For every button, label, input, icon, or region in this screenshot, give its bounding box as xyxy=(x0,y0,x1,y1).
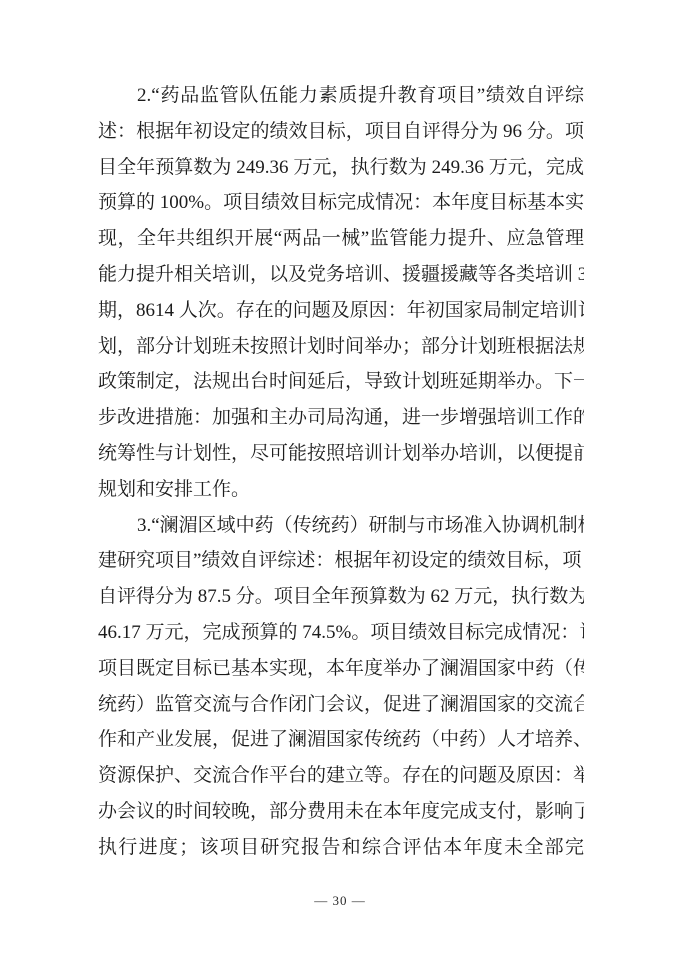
page-number: — 30 — xyxy=(0,893,680,909)
text-line: 统筹性与计划性，尽可能按照培训计划举办培训，以便提前 xyxy=(98,436,584,472)
text-line: 3.“澜湄区域中药（传统药）研制与市场准入协调机制构 xyxy=(98,508,584,544)
text-line: 执行进度；该项目研究报告和综合评估本年度未全部完成。 xyxy=(98,830,584,866)
text-line: 能力提升相关培训，以及党务培训、援疆援藏等各类培训 31 xyxy=(98,257,584,293)
text-line: 步改进措施：加强和主办司局沟通，进一步增强培训工作的 xyxy=(98,400,584,436)
text-line: 2.“药品监管队伍能力素质提升教育项目”绩效自评综 xyxy=(98,78,584,114)
text-line: 作和产业发展，促进了澜湄国家传统药（中药）人才培养、 xyxy=(98,722,584,758)
paragraph: 2.“药品监管队伍能力素质提升教育项目”绩效自评综述：根据年初设定的绩效目标，项… xyxy=(98,78,584,508)
text-line: 政策制定，法规出台时间延后，导致计划班延期举办。下一 xyxy=(98,364,584,400)
text-line: 项目既定目标已基本实现，本年度举办了澜湄国家中药（传 xyxy=(98,651,584,687)
text-line: 办会议的时间较晚，部分费用未在本年度完成支付，影响了 xyxy=(98,794,584,830)
text-line: 46.17 万元，完成预算的 74.5%。项目绩效目标完成情况：该 xyxy=(98,615,584,651)
text-line: 建研究项目”绩效自评综述：根据年初设定的绩效目标，项目 xyxy=(98,543,584,579)
text-line: 资源保护、交流合作平台的建立等。存在的问题及原因：举 xyxy=(98,758,584,794)
text-line: 目全年预算数为 249.36 万元，执行数为 249.36 万元，完成 xyxy=(98,150,584,186)
text-line: 划，部分计划班未按照计划时间举办；部分计划班根据法规 xyxy=(98,329,584,365)
text-line: 预算的 100%。项目绩效目标完成情况：本年度目标基本实 xyxy=(98,185,584,221)
text-line: 规划和安排工作。 xyxy=(98,472,584,508)
document-page: 2.“药品监管队伍能力素质提升教育项目”绩效自评综述：根据年初设定的绩效目标，项… xyxy=(0,0,680,962)
paragraph: 3.“澜湄区域中药（传统药）研制与市场准入协调机制构建研究项目”绩效自评综述：根… xyxy=(98,508,584,866)
text-line: 现，全年共组织开展“两品一械”监管能力提升、应急管理 xyxy=(98,221,584,257)
text-line: 自评得分为 87.5 分。项目全年预算数为 62 万元，执行数为 xyxy=(98,579,584,615)
body-text: 2.“药品监管队伍能力素质提升教育项目”绩效自评综述：根据年初设定的绩效目标，项… xyxy=(98,78,584,866)
text-line: 统药）监管交流与合作闭门会议，促进了澜湄国家的交流合 xyxy=(98,687,584,723)
text-line: 期，8614 人次。存在的问题及原因：年初国家局制定培训计 xyxy=(98,293,584,329)
text-line: 述：根据年初设定的绩效目标，项目自评得分为 96 分。项 xyxy=(98,114,584,150)
